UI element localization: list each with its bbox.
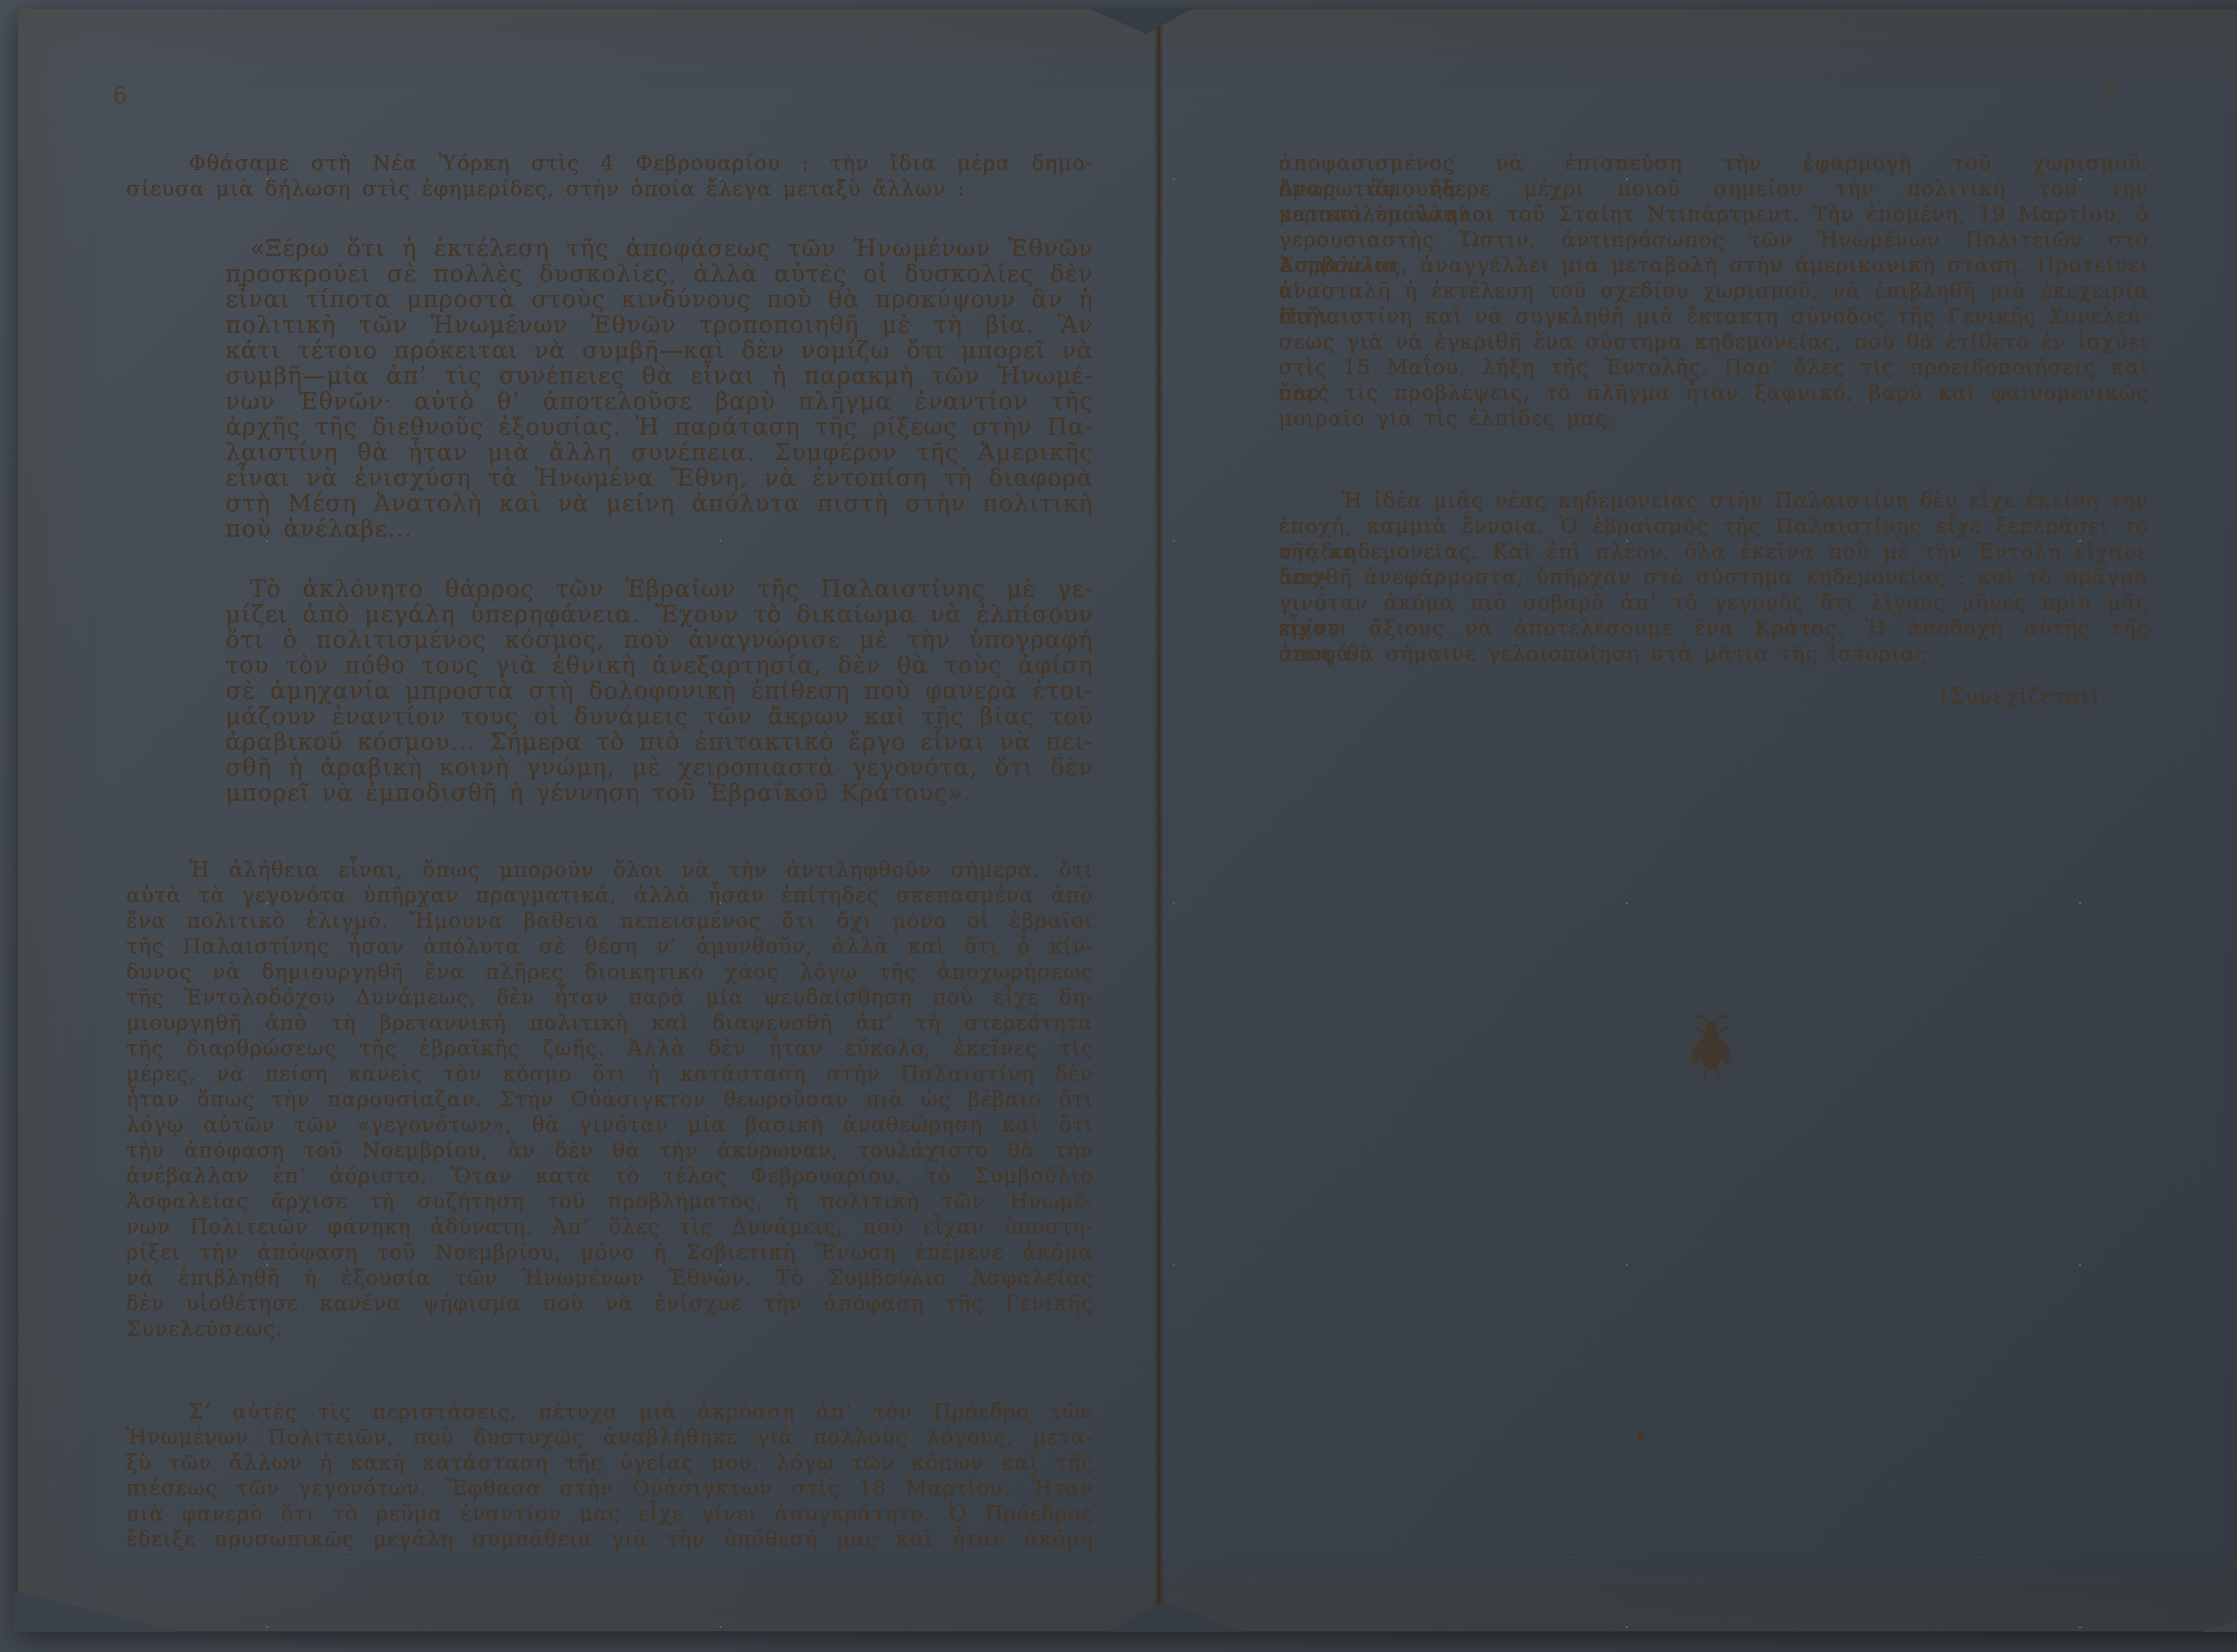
text-line: προσκρούει σὲ πολλὲς δυσκολίες, ἀλλὰ αὐτ… [225,261,1093,287]
text-line: ἀραβικοῦ κόσμου... Σήμερα τὸ πιὸ ἐπιτακτ… [225,729,1093,755]
text-line: τὴν ἀπόφαση τοῦ Νοεμβρίου, ἂν δὲν θὰ τὴν… [126,1137,1093,1163]
text-line: Ἡ ἰδέα μιᾶς νέας κηδεμονείας στὴν Παλαισ… [1279,488,2149,513]
text-line: ἀποφασισμένος νὰ ἐπισπεύση τὴν ἐφαρμογὴ … [1279,150,2149,176]
text-line: ρίξει τὴν ἀπόφαση τοῦ Νοεμβρίου, μόνο ἡ … [126,1239,1093,1265]
text-line: Ἀσφαλείας, ἀναγγέλλει μιὰ μεταβολὴ στὴν … [1279,252,2149,278]
text-line: πιέσεως τῶν γεγονότων. Ἔφθασα στὴν Οὐάσι… [126,1475,1093,1501]
text-line: ἐποχή, καμμιὰ ἔννοια. Ὁ ἑβραϊσμὸς τῆς Πα… [1279,513,2149,539]
text-line: σεως γιὰ νὰ ἐγκριθῆ ἕνα σύστημα κηδεμονε… [1279,329,2149,354]
text-line: μπορεῖ νὰ ἐμποδισθῆ ἡ γέννηση τοῦ Ἑβραϊκ… [225,780,1093,806]
text-line: λαιστίνη θὰ ἦταν μιὰ ἄλλη συνέπεια. Συμφ… [225,440,1093,465]
page-number-right: 7 [2103,82,2118,108]
text-line: τῆς Παλαιστίνης ἦσαν ἀπόλυτα σὲ θέση ν’ … [126,933,1093,959]
text-line: κρίνει ἄξιους νὰ ἀποτελέσουμε ἕνα Κράτος… [1279,615,2149,641]
text-line: σθῆ ἡ ἀραβικὴ κοινὴ γνώμη, μὲ χειροπιαστ… [225,755,1093,780]
text-line: σὲ ἀμηχανία μπροστὰ στὴ δολοφονικὴ ἐπίθε… [225,678,1093,704]
text-line: τῆς κηδεμονείας. Καὶ ἐπὶ πλέον, ὅλα ἐκεῖ… [1279,539,2149,564]
text-line: ἕνα πολιτικὸ ἑλιγμό. Ἤμουνα βαθειὰ πεπει… [126,908,1093,933]
paragraph: ἀποφασισμένος νὰ ἐπισπεύση τὴν ἐφαρμογὴ … [1279,150,2149,431]
continuation-note-text: (Συνεχίζεται) [1940,684,2100,709]
paragraph: «Ξέρω ὅτι ἡ ἐκτέλεση τῆς ἀποφάσεως τῶν Ἡ… [225,236,1093,542]
binding-gutter-crease [1153,9,1163,1631]
text-line: στὴ Μέση Ἀνατολὴ καὶ νὰ μείνη ἀπόλυτα πι… [225,491,1093,516]
text-line: συμβῆ—μία ἀπ’ τὶς συνέπειες θὰ εἶναι ἡ π… [225,363,1093,389]
text-line: εἶναι τίποτα μπροστὰ στοὺς κινδύνους ποὺ… [225,287,1093,312]
text-line: ποὺ ἀνέλαβε... [225,516,1093,542]
text-line: τῆς διαρθρώσεως τῆς ἑβραϊκῆς ζωῆς. Ἀλλὰ … [126,1035,1093,1061]
text-line: λόγῳ αὐτῶν τῶν «γεγονότων», θὰ γινόταν μ… [126,1112,1093,1137]
text-line: μέρες, νὰ πείση κανεὶς τὸν κόσμο ὅτι ἡ κ… [126,1061,1093,1086]
text-line: ἀνασταλῆ ἡ ἐκτέλεση τοῦ σχεδίου χωρισμοῦ… [1279,278,2149,303]
text-line: νων Ἐθνῶν· αὐτὸ θ’ ἀποτελοῦσε βαρὺ πλῆγμ… [225,389,1093,414]
paragraph: Τὸ ἀκλόνητο θάρρος τῶν Ἑβραίων τῆς Παλαι… [225,576,1093,806]
text-line: σεως θὰ σήμαινε γελοιοποίηση στὰ μάτια τ… [1279,641,2149,666]
text-line: γινόταν ἀκόμα πιὸ σοβαρὸ ἀπ’ τὸ γεγονὸς … [1279,590,2149,615]
text-line: μοιραῖο γιὰ τὶς ἐλπίδες μας. [1279,405,2149,431]
text-line: ξὺ τῶν ἄλλων ἡ κακὴ κατάσταση τῆς ὑγείας… [126,1450,1093,1475]
text-line: «Ξέρω ὅτι ἡ ἐκτέλεση τῆς ἀποφάσεως τῶν Ἡ… [225,236,1093,261]
fly-ornament-icon [1685,1012,1738,1085]
text-line: Παλαιστίνη καὶ νὰ συγκληθῆ μιὰ ἔκτακτη σ… [1279,303,2149,329]
text-line: Συνελεύσεως. [126,1316,1093,1341]
text-line: γερουσιαστὴς Ὤστιν, ἀντιπρόσωπος τῶν Ἡνω… [1279,227,2149,252]
text-line: σίευσα μιὰ δήλωση στὶς ἐφημερίδες, στὴν … [126,176,1093,201]
paragraph: Φθάσαμε στὴ Νέα Ὑόρκη στὶς 4 Φεβρουαρίου… [126,150,1093,201]
page-left-text-block: Φθάσαμε στὴ Νέα Ὑόρκη στὶς 4 Φεβρουαρίου… [126,150,1093,1552]
text-line: ἀνέβαλλαν ἐπ’ ἀόριστο. Ὅταν κατὰ τὸ τέλο… [126,1163,1093,1188]
text-line: πιὰ φανερὸ ὅτι τὸ ρεῦμα ἐναντίον μας εἶχ… [126,1501,1093,1526]
page-right-text-block: ἀποφασισμένος νὰ ἐπισπεύση τὴν ἐφαρμογὴ … [1279,150,2149,666]
text-line: νὰ ἐπιβληθῆ ἡ ἐξουσία τῶν Ἡνωμένων Ἐθνῶν… [126,1265,1093,1290]
text-line: ἦταν ὅπως τὴν παρουσίαζαν. Στὴν Οὐάσιγκτ… [126,1086,1093,1112]
text-line: μάζουν ἐναντίον τους οἱ δυνάμεις τῶν ἄκρ… [225,704,1093,729]
text-line: δειχθῆ ἀνεφάρμοστα, ὑπῆρχαν στὸ σύστημα … [1279,564,2149,590]
text-line: δὲν υἱοθέτησε κανένα ψήφισμα ποὺ νὰ ἐνίσ… [126,1290,1093,1316]
text-line: δυνος νὰ δημιουργηθῆ ἕνα πλῆρες διοικητι… [126,959,1093,984]
text-line: Σ’ αὐτὲς τὶς περιστάσεις, πέτυχα μιὰ ἀκρ… [126,1399,1093,1424]
text-line: μίζει ἀπὸ μεγάλη ὑπερηφάνεια. Ἔχουν τὸ δ… [225,602,1093,627]
text-line: μιουργηθῆ ἀπὸ τὴ βρεταννικὴ πολιτικὴ καὶ… [126,1010,1093,1035]
text-line: Ἡ ἀλήθεια εἶναι, ὅπως μποροῦν ὅλοι νὰ τὴ… [126,857,1093,882]
text-line: του τὸν πόθο τους γιὰ ἐθνικὴ ἀνεξαρτησία… [225,653,1093,678]
text-line: τῆς Ἐντολοδόχου Δυνάμεως, δὲν ἦταν παρὰ … [126,984,1093,1010]
text-line: εἶναι νὰ ἐνισχύση τὰ Ἡνωμένα Ἔθνη, νὰ ἐν… [225,465,1093,491]
page-number-left: 6 [113,82,128,108]
text-line: Τὸ ἀκλόνητο θάρρος τῶν Ἑβραίων τῆς Παλαι… [225,576,1093,602]
text-line: ἔδειξε προσωπικῶς μεγάλη συμπάθεια γιὰ τ… [126,1526,1093,1552]
text-line: Ἡνωμένων Πολιτειῶν, ποὺ δυστυχῶς ἀναβλήθ… [126,1424,1093,1450]
paragraph: Ἡ ἀλήθεια εἶναι, ὅπως μποροῦν ὅλοι νὰ τὴ… [126,857,1093,1341]
text-line: Φθάσαμε στὴ Νέα Ὑόρκη στὶς 4 Φεβρουαρίου… [126,150,1093,176]
text-line: μερικοὶ ὑπάλληλοι τοῦ Σταίητ Ντιπάρτμεντ… [1279,201,2149,227]
continuation-note: (Συνεχίζεται) [1279,684,2149,709]
text-line: Ἀσφαλείας ἄρχισε τὴ συζήτηση τοῦ προβλήμ… [126,1188,1093,1214]
text-line: νων Πολιτειῶν φάνηκη ἀδύνατη. Ἀπ’ ὅλες τ… [126,1214,1093,1239]
text-line: πολιτικὴ τῶν Ἡνωμένων Ἐθνῶν τροποποιηθῆ … [225,312,1093,338]
text-line: ὅμως ἂν ἤξερε μέχρι ποιοῦ σημείου τὴν πο… [1279,176,2149,201]
text-line: ἀρχῆς τῆς διεθνοῦς ἐξουσίας. Ἡ παράταση … [225,414,1093,440]
book-spread-photo: 6 7 Φθάσαμε στὴ Νέα Ὑόρκη στὶς 4 Φεβρουα… [0,0,2237,1652]
text-line: κάτι τέτοιο πρόκειται νὰ συμβῆ—καὶ δὲν ν… [225,338,1093,363]
paragraph: Σ’ αὐτὲς τὶς περιστάσεις, πέτυχα μιὰ ἀκρ… [126,1399,1093,1552]
text-line: ὅλες τὶς προβλέψεις, τὸ πλῆγμα ἦταν ξαφν… [1279,380,2149,405]
text-line: στὶς 15 Μαΐου, λήξη τῆς Ἐντολῆς. Παρ’ ὅλ… [1279,354,2149,380]
paragraph: Ἡ ἰδέα μιᾶς νέας κηδεμονείας στὴν Παλαισ… [1279,488,2149,666]
text-line: αὐτὰ τὰ γεγονότα ὑπῆρχαν πραγματικά, ἀλλ… [126,882,1093,908]
text-line: ὅτι ὁ πολιτισμένος κόσμος, ποὺ ἀναγνώρισ… [225,627,1093,653]
